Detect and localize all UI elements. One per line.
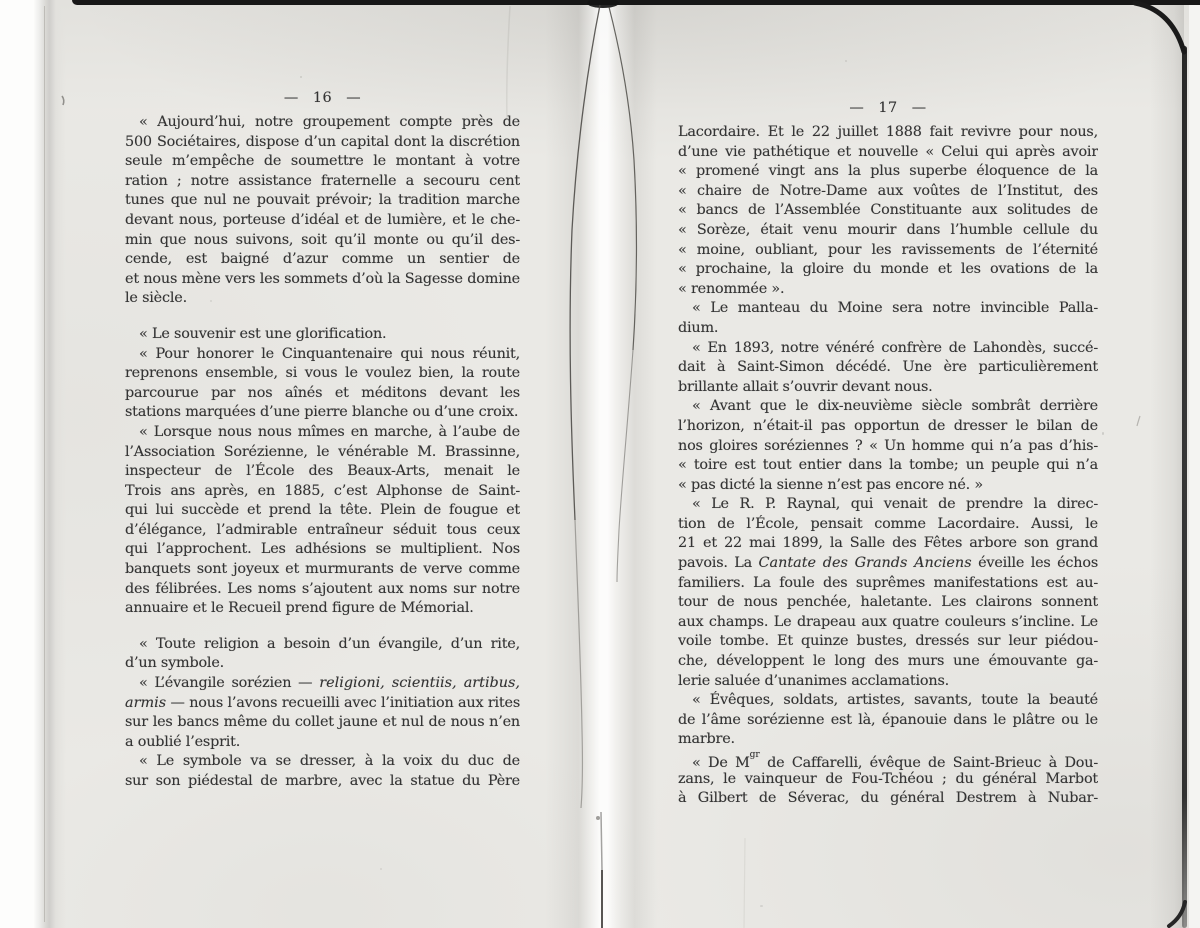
paragraph: « Le symbole va se dresser, à la voix du… xyxy=(125,752,520,791)
text-line: inspecteur de l’École des Beaux-Arts, me… xyxy=(125,462,520,482)
text-line: tunes que nul ne pouvait prévoir; la tra… xyxy=(125,191,520,211)
text-line: annuaire et le Recueil prend figure de M… xyxy=(125,599,520,619)
paragraph: « Aujourd’hui, notre groupement compte p… xyxy=(125,113,520,309)
text-line: seule m’empêche de soumettre le montant … xyxy=(125,152,520,172)
paragraph: « De Mgr de Caffarelli, évêque de Saint-… xyxy=(678,750,1098,809)
text-line: « Le souvenir est une glorification. xyxy=(125,325,520,345)
text-line: « Le manteau du Moine sera notre invinci… xyxy=(678,299,1098,319)
text-line: cende, est baigné d’azur comme un sentie… xyxy=(125,250,520,270)
text-line: zans, le vainqueur de Fou-Tchéou ; du gé… xyxy=(678,770,1098,790)
text-line: « L’évangile sorézien — religioni, scien… xyxy=(125,674,520,694)
text-line: « bancs de l’Assemblée Constituante aux … xyxy=(678,201,1098,221)
text-line: « chaire de Notre-Dame aux voûtes de l’I… xyxy=(678,182,1098,202)
paper-speck xyxy=(380,868,382,870)
right-page: — 17 — Lacordaire. Et le 22 juillet 1888… xyxy=(678,98,1098,809)
paragraph: « L’évangile sorézien — religioni, scien… xyxy=(125,674,520,752)
text-line: d’élégance, l’admirable entraîneur sédui… xyxy=(125,521,520,541)
text-line: à Gilbert de Séverac, du général Destrem… xyxy=(678,789,1098,809)
text-line: voile tombe. Et quinze bustes, dressés s… xyxy=(678,632,1098,652)
text-line: parcourue par nos aînés et méditons deva… xyxy=(125,384,520,404)
paper-speck xyxy=(300,76,302,78)
right-page-text: Lacordaire. Et le 22 juillet 1888 fait r… xyxy=(678,123,1098,809)
page-number-right: — 17 — xyxy=(678,98,1098,118)
text-line: « pas dicté la sienne n’est pas encore n… xyxy=(678,476,1098,496)
paragraph: « Le manteau du Moine sera notre invinci… xyxy=(678,299,1098,338)
text-line: le siècle. xyxy=(125,289,520,309)
text-line: 500 Sociétaires, dispose d’un capital do… xyxy=(125,133,520,153)
paragraph: Lacordaire. Et le 22 juillet 1888 fait r… xyxy=(678,123,1098,299)
text-line: « renommée ». xyxy=(678,280,1098,300)
text-line: de l’âme sorézienne est là, épanouie dan… xyxy=(678,711,1098,731)
text-line: ration ; notre assistance fraternelle a … xyxy=(125,172,520,192)
text-line: lerie saluée d’unanimes acclamations. xyxy=(678,672,1098,692)
text-line: qui l’approchent. Les adhésions se multi… xyxy=(125,540,520,560)
text-line: qui lui succède et prend la tête. Plein … xyxy=(125,501,520,521)
text-line: pavois. La Cantate des Grands Anciens év… xyxy=(678,554,1098,574)
text-line: stations marquées d’une pierre blanche o… xyxy=(125,403,520,423)
text-line: « Le symbole va se dresser, à la voix du… xyxy=(125,752,520,772)
text-line: l’Association Sorézienne, le vénérable M… xyxy=(125,443,520,463)
paragraph: « Avant que le dix-neuvième siècle sombr… xyxy=(678,397,1098,495)
text-line: et nous mène vers les sommets d’où la Sa… xyxy=(125,270,520,290)
paper-speck xyxy=(760,905,763,907)
scanned-book-spread: { "colors": { "paper": "#eae9e5", "ink":… xyxy=(0,0,1200,928)
text-line: l’horizon, n’était-il pas opportun de dr… xyxy=(678,417,1098,437)
text-line: « Le R. P. Raynal, qui venait de prendre… xyxy=(678,495,1098,515)
text-line: « Toute religion a besoin d’un évangile,… xyxy=(125,635,520,655)
text-line: des félibrées. Les noms s’ajoutent aux n… xyxy=(125,580,520,600)
text-line: dium. xyxy=(678,319,1098,339)
text-line: d’une vie pathétique et nouvelle « Celui… xyxy=(678,143,1098,163)
text-line: « De Mgr de Caffarelli, évêque de Saint-… xyxy=(678,750,1098,770)
paragraph: « Lorsque nous nous mîmes en marche, à l… xyxy=(125,423,520,619)
text-line: tour de nous penchée, haletante. Les cla… xyxy=(678,593,1098,613)
paragraph: « Toute religion a besoin d’un évangile,… xyxy=(125,635,520,674)
text-line: Trois ans après, en 1885, c’est Alphonse… xyxy=(125,482,520,502)
text-line: « toire est tout entier dans la tombe; u… xyxy=(678,456,1098,476)
paragraph: « Pour honorer le Cinquantenaire qui nou… xyxy=(125,345,520,423)
text-line: « prochaine, la gloire du monde et les o… xyxy=(678,260,1098,280)
text-line: devant nous, porteuse d’idéal et de lumi… xyxy=(125,211,520,231)
text-line: sur les bancs même du collet jaune et nu… xyxy=(125,713,520,733)
left-page: — 16 — « Aujourd’hui, notre groupement c… xyxy=(125,88,520,792)
text-line: dait à Saint-Simon décédé. Une ère parti… xyxy=(678,358,1098,378)
text-line: banquets sont joyeux et murmurants de ve… xyxy=(125,560,520,580)
paragraph: « Évêques, soldats, artistes, savants, t… xyxy=(678,691,1098,750)
text-line: « Aujourd’hui, notre groupement compte p… xyxy=(125,113,520,133)
text-line: sur son piédestal de marbre, avec la sta… xyxy=(125,772,520,792)
paragraph: « Le R. P. Raynal, qui venait de prendre… xyxy=(678,495,1098,691)
text-line: armis — nous l’avons recueilli avec l’in… xyxy=(125,694,520,714)
text-line: « Sorèze, était venu mourir dans l’humbl… xyxy=(678,221,1098,241)
left-page-text: « Aujourd’hui, notre groupement compte p… xyxy=(125,113,520,792)
text-line: reprenons ensemble, si vous le voulez bi… xyxy=(125,364,520,384)
page-number-left: — 16 — xyxy=(125,88,520,108)
text-line: brillante allait s’ouvrir devant nous. xyxy=(678,378,1098,398)
text-line: « Lorsque nous nous mîmes en marche, à l… xyxy=(125,423,520,443)
text-line: « Évêques, soldats, artistes, savants, t… xyxy=(678,691,1098,711)
text-line: min que nous suivons, soit qu’il monte o… xyxy=(125,231,520,251)
text-line: 21 et 22 mai 1899, la Salle des Fêtes ar… xyxy=(678,534,1098,554)
text-line: nos gloires soréziennes ? « Un homme qui… xyxy=(678,437,1098,457)
text-line: marbre. xyxy=(678,730,1098,750)
text-line: che, développent le long des murs une ém… xyxy=(678,652,1098,672)
text-line: a oublié l’esprit. xyxy=(125,733,520,753)
text-line: d’un symbole. xyxy=(125,654,520,674)
text-line: tion de l’École, pensait comme Lacordair… xyxy=(678,515,1098,535)
text-line: « Pour honorer le Cinquantenaire qui nou… xyxy=(125,345,520,365)
paragraph: « En 1893, notre vénéré confrère de Laho… xyxy=(678,339,1098,398)
text-line: aux champs. Le drapeau aux quatre couleu… xyxy=(678,613,1098,633)
paragraph: « Le souvenir est une glorification. xyxy=(125,325,520,345)
text-line: « Avant que le dix-neuvième siècle sombr… xyxy=(678,397,1098,417)
text-line: « promené vingt ans la plus superbe éloq… xyxy=(678,162,1098,182)
text-line: « moine, oubliant, pour les ravissements… xyxy=(678,241,1098,261)
paper-speck xyxy=(845,60,847,62)
text-line: « En 1893, notre vénéré confrère de Laho… xyxy=(678,339,1098,359)
paper-speck xyxy=(1102,432,1104,435)
text-line: Lacordaire. Et le 22 juillet 1888 fait r… xyxy=(678,123,1098,143)
text-line: familiers. La foule des suprêmes manifes… xyxy=(678,574,1098,594)
